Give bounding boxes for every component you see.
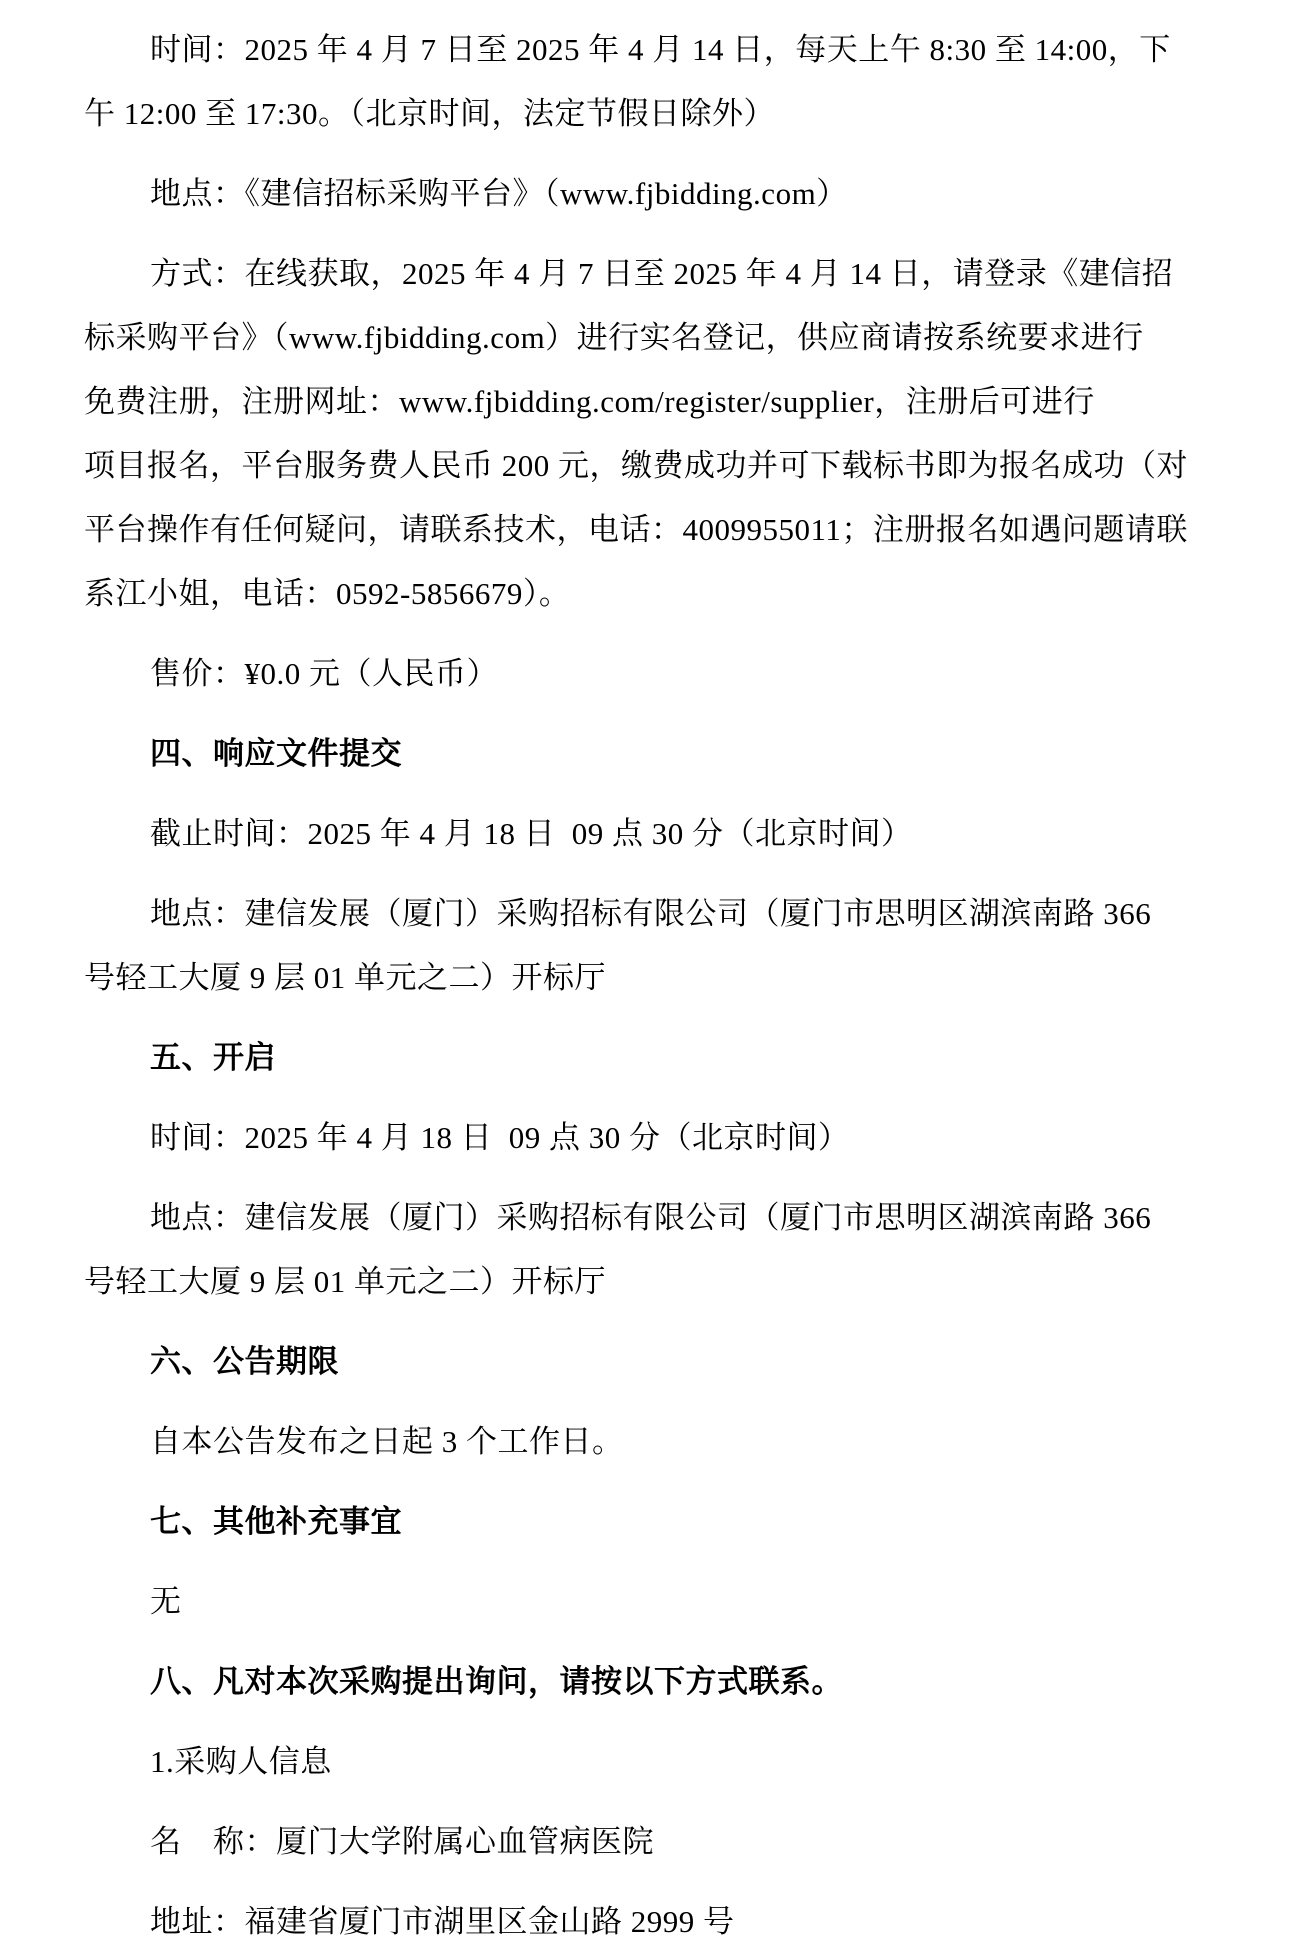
section-heading-6-notice-period: 六、公告期限 [84, 1344, 1238, 1380]
paragraph-line-method-3: 免费注册，注册网址：www.fjbidding.com/register/sup… [84, 384, 1238, 420]
paragraph-line-method-5: 平台操作有任何疑问，请联系技术，电话：4009955011；注册报名如遇问题请联 [84, 512, 1238, 548]
paragraph-line-purchaser-name: 名 称：厦门大学附属心血管病医院 [84, 1824, 1238, 1860]
paragraph-line-method-4: 项目报名，平台服务费人民币 200 元，缴费成功并可下载标书即为报名成功（对 [84, 448, 1238, 484]
document-page: 时间：2025 年 4 月 7 日至 2025 年 4 月 14 日，每天上午 … [0, 0, 1302, 1940]
section-heading-8-contact: 八、凡对本次采购提出询问，请按以下方式联系。 [84, 1664, 1238, 1700]
paragraph-line-opening-location-2: 号轻工大厦 9 层 01 单元之二）开标厅 [84, 1264, 1238, 1300]
paragraph-line-purchaser-address: 地址：福建省厦门市湖里区金山路 2999 号 [84, 1904, 1238, 1940]
paragraph-line-submit-location-2: 号轻工大厦 9 层 01 单元之二）开标厅 [84, 960, 1238, 996]
paragraph-line-time-obtain: 时间：2025 年 4 月 7 日至 2025 年 4 月 14 日，每天上午 … [84, 32, 1238, 68]
section-heading-7-other: 七、其他补充事宜 [84, 1504, 1238, 1540]
paragraph-line-time-obtain-2: 午 12:00 至 17:30。（北京时间，法定节假日除外） [84, 96, 1238, 132]
paragraph-line-deadline: 截止时间：2025 年 4 月 18 日 09 点 30 分（北京时间） [84, 816, 1238, 852]
paragraph-line-submit-location-1: 地点：建信发展（厦门）采购招标有限公司（厦门市思明区湖滨南路 366 [84, 896, 1238, 932]
section-heading-4-submission: 四、响应文件提交 [84, 736, 1238, 772]
paragraph-line-opening-location-1: 地点：建信发展（厦门）采购招标有限公司（厦门市思明区湖滨南路 366 [84, 1200, 1238, 1236]
paragraph-line-opening-time: 时间：2025 年 4 月 18 日 09 点 30 分（北京时间） [84, 1120, 1238, 1156]
paragraph-line-price: 售价：¥0.0 元（人民币） [84, 656, 1238, 692]
paragraph-line-location-platform: 地点：《建信招标采购平台》（www.fjbidding.com） [84, 176, 1238, 212]
paragraph-line-method-2: 标采购平台》（www.fjbidding.com）进行实名登记，供应商请按系统要… [84, 320, 1238, 356]
paragraph-line-purchaser-info: 1.采购人信息 [84, 1744, 1238, 1780]
paragraph-line-method-6: 系江小姐，电话：0592-5856679）。 [84, 576, 1238, 612]
paragraph-line-notice-period: 自本公告发布之日起 3 个工作日。 [84, 1424, 1238, 1460]
paragraph-line-method-1: 方式：在线获取，2025 年 4 月 7 日至 2025 年 4 月 14 日，… [84, 256, 1238, 292]
paragraph-line-none: 无 [84, 1584, 1238, 1620]
section-heading-5-opening: 五、开启 [84, 1040, 1238, 1076]
